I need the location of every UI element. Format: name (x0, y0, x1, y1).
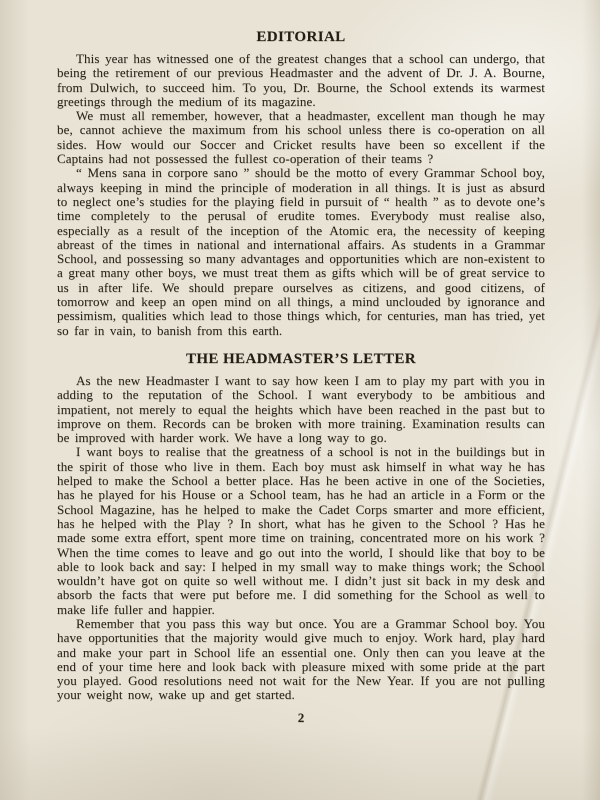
page-content: EDITORIAL This year has witnessed one of… (0, 0, 600, 726)
letter-paragraph: Remember that you pass this way but once… (57, 617, 545, 703)
letter-paragraph: I want boys to realise that the greatnes… (57, 445, 545, 617)
editorial-paragraph: “ Mens sana in corpore sano ” should be … (57, 166, 545, 338)
headmasters-letter-title: THE HEADMASTER’S LETTER (57, 351, 545, 367)
letter-paragraph: As the new Headmaster I want to say how … (57, 374, 545, 445)
editorial-paragraph: We must all remember, however, that a he… (57, 109, 545, 166)
editorial-title: EDITORIAL (57, 29, 545, 45)
headmasters-letter-section: THE HEADMASTER’S LETTER As the new Headm… (57, 351, 545, 703)
editorial-section: EDITORIAL This year has witnessed one of… (57, 29, 545, 338)
page-number: 2 (57, 710, 545, 726)
editorial-paragraph: This year has witnessed one of the great… (57, 52, 545, 109)
scanned-page: EDITORIAL This year has witnessed one of… (0, 0, 600, 800)
